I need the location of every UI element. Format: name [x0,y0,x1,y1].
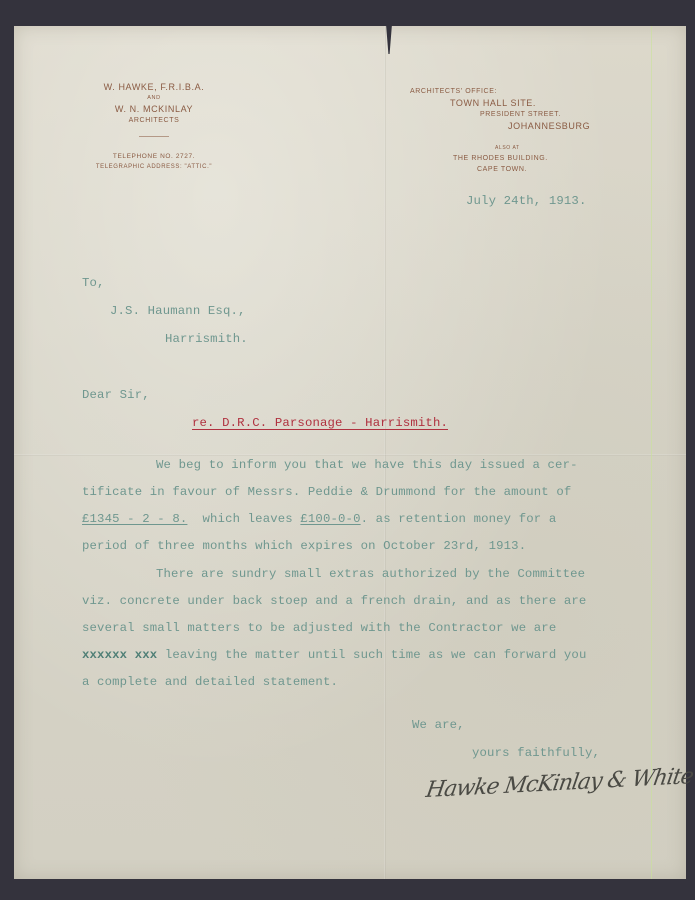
letterhead-left: W. Hawke, F.R.I.B.A. and W. N. McKinlay … [54,82,254,170]
letterhead-office: Architects' Office: [410,88,610,95]
letter-date: July 24th, 1913. [466,194,586,208]
architect-name-mckinlay: W. N. McKinlay [54,104,254,114]
right-margin-line [651,26,652,879]
letterhead-street: President Street. [480,111,680,118]
handwritten-signature: Hawke McKinlay & White [424,764,694,803]
para2-line2: viz. concrete under back stoep and a fre… [82,594,586,608]
salutation: Dear Sir, [82,388,150,402]
top-edge-tear [386,24,392,54]
letterhead-divider [139,136,169,137]
para2-line1: There are sundry small extras authorized… [156,567,585,581]
para1-line3-end: . as retention money for a [361,512,557,526]
para2-line3: several small matters to be adjusted wit… [82,621,556,635]
letter-paper: W. Hawke, F.R.I.B.A. and W. N. McKinlay … [14,26,686,879]
closing-yours-faithfully: yours faithfully, [472,746,600,760]
para2-line5: a complete and detailed statement. [82,675,338,689]
recipient-name: J.S. Haumann Esq., [110,304,246,318]
letterhead-right: Architects' Office: Town Hall Site. Pres… [410,88,610,173]
vertical-fold-crease [384,26,386,879]
letter-subject: re. D.R.C. Parsonage - Harrismith. [192,416,448,430]
letterhead-telegraphic: Telegraphic Address: "Attic." [54,164,254,170]
para1-line3: £1345 - 2 - 8. which leaves £100-0-0. as… [82,512,556,526]
para1-line4: period of three months which expires on … [82,539,526,553]
horizontal-fold-crease [14,454,686,456]
struck-out-text: xxxxxx xxx [82,648,157,662]
letterhead-also-at: Also at [495,145,695,151]
para2-line4-rest: leaving the matter until such time as we… [157,648,586,662]
para1-line1: We beg to inform you that we have this d… [156,458,578,472]
letterhead-city2: Cape Town. [477,166,677,173]
architect-name-hawke: W. Hawke, F.R.I.B.A. [54,82,254,92]
recipient-town: Harrismith. [165,332,248,346]
closing-we-are: We are, [412,718,465,732]
para1-line2: tificate in favour of Messrs. Peddie & D… [82,485,571,499]
letterhead-site: Town Hall Site. [450,98,650,108]
retention-amount: £100-0-0 [300,512,360,526]
to-label: To, [82,276,105,290]
letterhead-city: Johannesburg [508,121,695,131]
certificate-amount: £1345 - 2 - 8. [82,512,187,526]
para2-line4: xxxxxx xxx leaving the matter until such… [82,648,586,662]
letterhead-building: The Rhodes Building. [453,155,653,162]
para1-line3-mid: which leaves [187,512,300,526]
letterhead-telephone: Telephone No. 2727. [54,153,254,160]
letterhead-profession: Architects [54,117,254,124]
letterhead-and: and [54,95,254,101]
